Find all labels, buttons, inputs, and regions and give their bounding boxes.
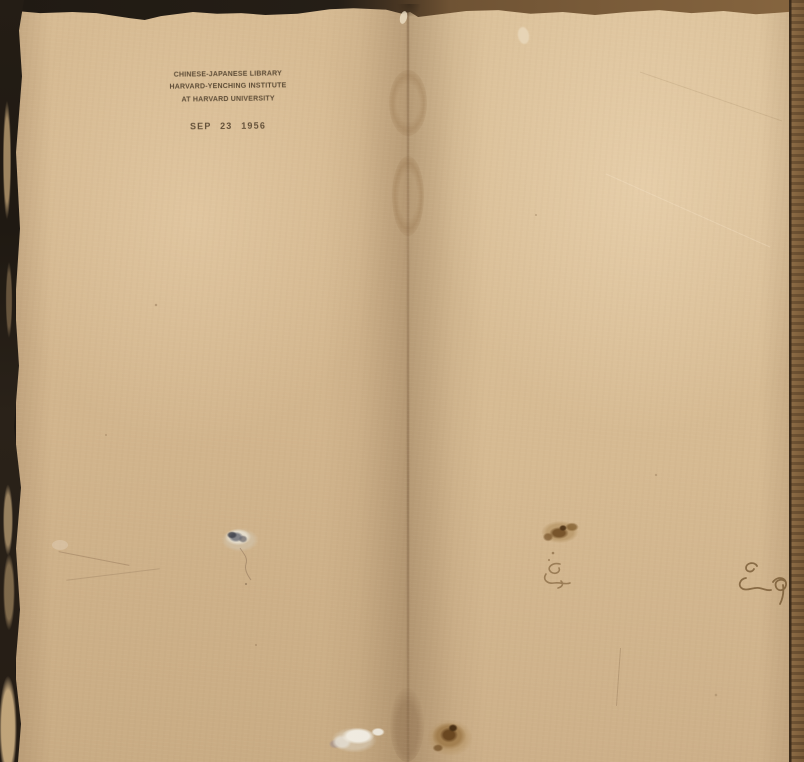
- book-fore-edge: [789, 0, 804, 762]
- library-stamp: CHINESE-JAPANESE LIBRARY HARVARD-YENCHIN…: [158, 68, 298, 107]
- white-paint-blemish-bottom: [318, 712, 392, 760]
- brown-stain-right-page: [528, 510, 592, 562]
- library-stamp-line-2: HARVARD-YENCHING INSTITUTE: [158, 81, 298, 95]
- brown-stain-bottom: [420, 708, 478, 762]
- right-page: [409, 5, 790, 762]
- left-page: [16, 6, 409, 762]
- abrasion-patch: [52, 540, 68, 550]
- blue-ink-blemish: [212, 522, 262, 564]
- gutter-fold-line: [407, 5, 409, 762]
- date-stamp: SEP 23 1956: [168, 120, 288, 131]
- book-scan: CHINESE-JAPANESE LIBRARY HARVARD-YENCHIN…: [0, 0, 804, 762]
- library-stamp-line-3: AT HARVARD UNIVERSITY: [158, 93, 298, 107]
